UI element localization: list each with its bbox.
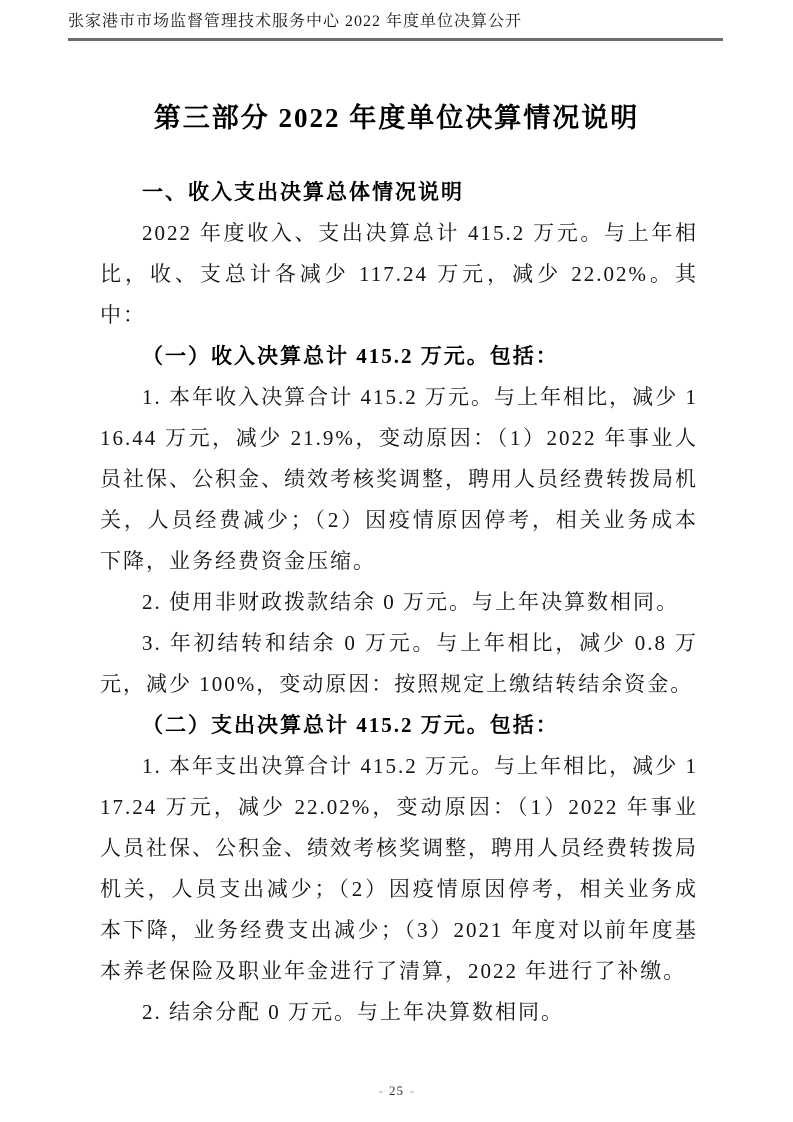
body-paragraph: 3. 年初结转和结余 0 万元。与上年相比，减少 0.8 万元，减少 100%，… bbox=[100, 623, 698, 705]
header-title: 张家港市市场监督管理技术服务中心 2022 年度单位决算公开 bbox=[68, 13, 522, 30]
document-page: 张家港市市场监督管理技术服务中心 2022 年度单位决算公开 第三部分 2022… bbox=[0, 0, 793, 1122]
section-heading: （二）支出决算总计 415.2 万元。包括： bbox=[100, 705, 698, 746]
body-paragraph: 2022 年度收入、支出决算总计 415.2 万元。与上年相比，收、支总计各减少… bbox=[100, 213, 698, 336]
footer-dash-right: - bbox=[410, 1083, 414, 1098]
section-heading: （一）收入决算总计 415.2 万元。包括： bbox=[100, 336, 698, 377]
document-body: 一、收入支出决算总体情况说明2022 年度收入、支出决算总计 415.2 万元。… bbox=[100, 172, 698, 1033]
body-paragraph: 1. 本年收入决算合计 415.2 万元。与上年相比，减少 116.44 万元，… bbox=[100, 377, 698, 582]
section-heading: 一、收入支出决算总体情况说明 bbox=[100, 172, 698, 213]
document-title: 第三部分 2022 年度单位决算情况说明 bbox=[0, 101, 793, 135]
page-header: 张家港市市场监督管理技术服务中心 2022 年度单位决算公开 bbox=[68, 11, 723, 41]
page-footer: -25- bbox=[0, 1082, 793, 1100]
body-paragraph: 2. 使用非财政拨款结余 0 万元。与上年决算数相同。 bbox=[100, 582, 698, 623]
body-paragraph: 2. 结余分配 0 万元。与上年决算数相同。 bbox=[100, 992, 698, 1033]
footer-dash-left: - bbox=[379, 1083, 383, 1098]
page-number: 25 bbox=[389, 1083, 404, 1098]
body-paragraph: 1. 本年支出决算合计 415.2 万元。与上年相比，减少 117.24 万元，… bbox=[100, 746, 698, 992]
